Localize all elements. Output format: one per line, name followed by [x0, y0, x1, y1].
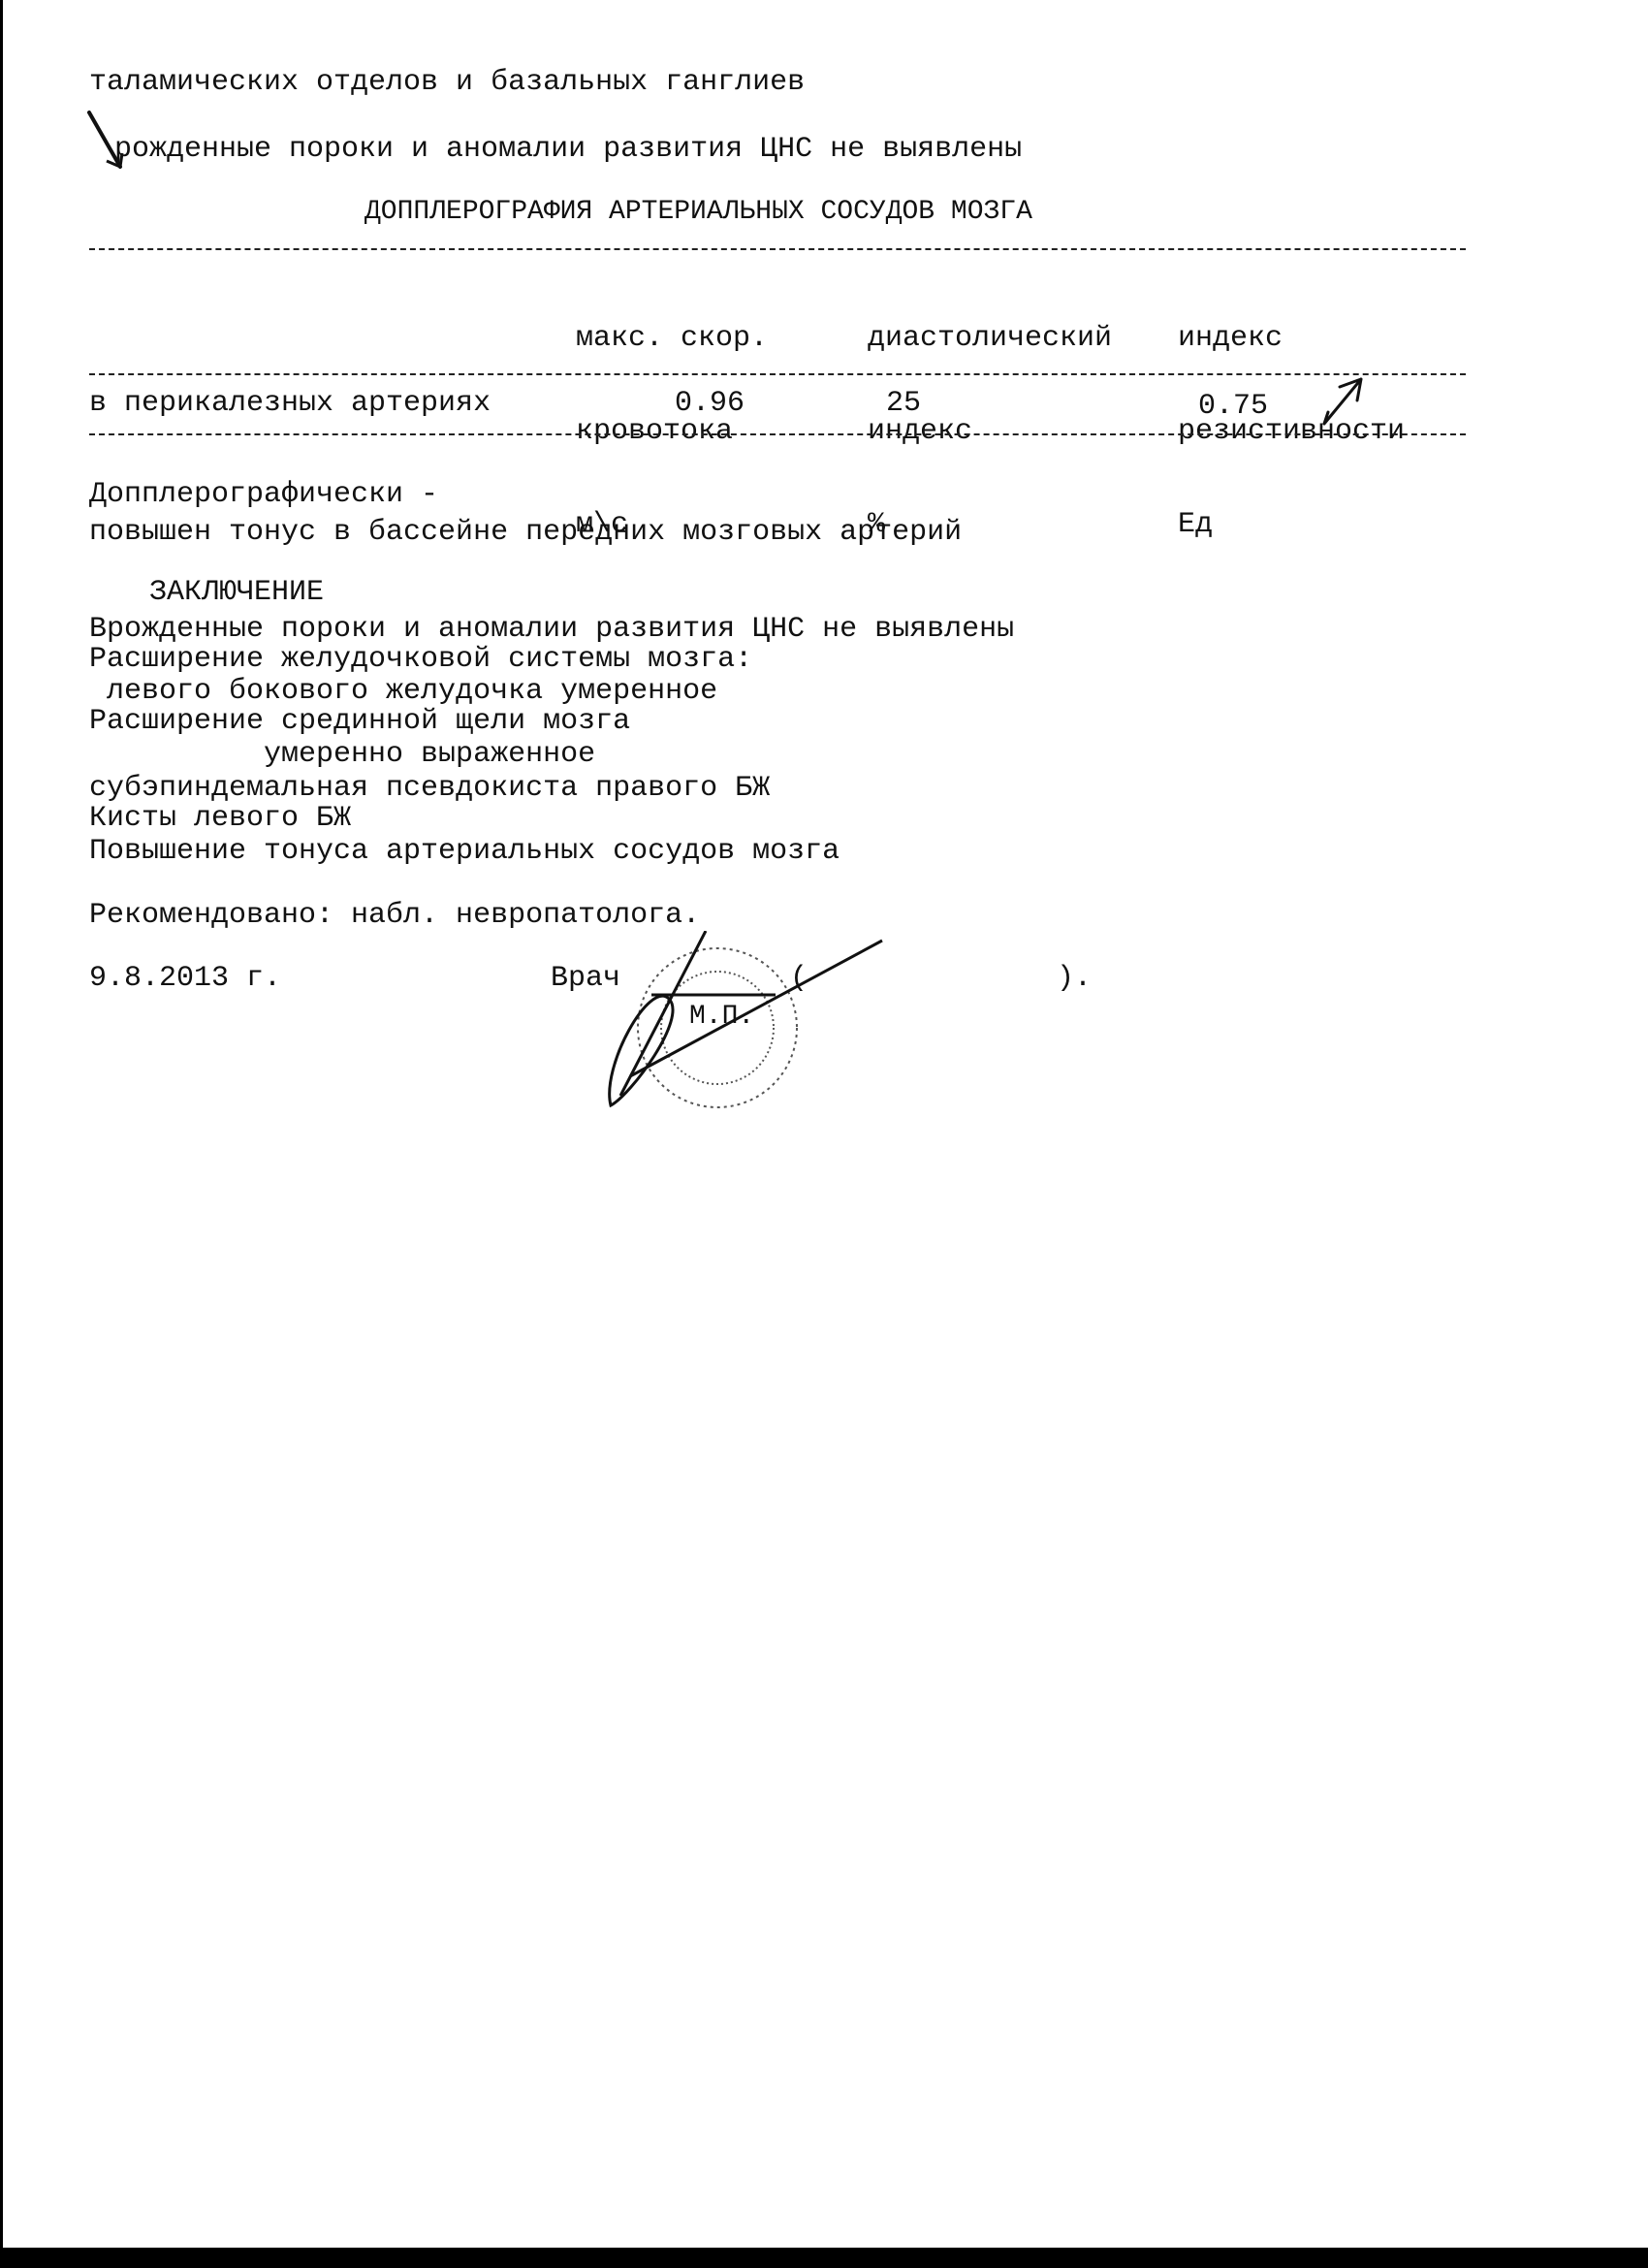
- cell-diastolic-index: 25: [886, 388, 921, 419]
- doctor-paren-open: (: [790, 963, 808, 994]
- header-max-velocity: макс. скор. кровотока м\с: [576, 261, 768, 602]
- header-resistivity-index: индекс резистивности Ед: [1178, 261, 1405, 602]
- conclusion-line: субэпиндемальная псевдокиста правого БЖ: [89, 773, 770, 804]
- conclusion-heading: ЗАКЛЮЧЕНИЕ: [149, 577, 324, 608]
- conclusion-line: Врожденные пороки и аномалии развития ЦН…: [89, 614, 1014, 645]
- cell-resistivity-index: 0.75: [1198, 391, 1268, 422]
- scan-edge: [0, 2248, 1648, 2268]
- conclusion-line: Расширение желудочковой системы мозга:: [89, 644, 752, 675]
- conclusion-line: Расширение срединной щели мозга: [89, 706, 630, 737]
- stamp-label: М.П.: [689, 1002, 754, 1033]
- report-date: 9.8.2013 г.: [89, 963, 281, 994]
- conclusion-line: левого бокового желудочка умеренное: [89, 676, 717, 707]
- doctor-paren-close: ).: [1057, 963, 1092, 994]
- table-rule-mid: [89, 373, 1466, 375]
- doppler-note-text: повышен тонус в бассейне передних мозгов…: [89, 517, 962, 548]
- stamp-and-signature-icon: [591, 931, 921, 1144]
- text-line-congenital-partial: рожденные пороки и аномалии развития ЦНС…: [114, 134, 1022, 165]
- table-rule-bottom: [89, 433, 1466, 435]
- scan-edge: [0, 0, 3, 2268]
- conclusion-line: умеренно выраженное: [89, 739, 595, 770]
- scanned-report-page: таламических отделов и базальных ганглие…: [0, 0, 1648, 2268]
- doctor-label: Врач: [551, 963, 620, 994]
- conclusion-line: Кисты левого БЖ: [89, 803, 351, 834]
- doppler-note-heading: Допплерографически -: [89, 479, 438, 510]
- conclusion-line: Повышение тонуса артериальных сосудов мо…: [89, 836, 840, 867]
- header-diastolic-index: диастолический индекс %: [868, 261, 1112, 602]
- cell-max-velocity: 0.96: [675, 388, 745, 419]
- table-rule-top: [89, 248, 1466, 250]
- row-label: в перикалезных артериях: [89, 388, 491, 419]
- text-line-thalamic: таламических отделов и базальных ганглие…: [89, 67, 805, 98]
- recommendation: Рекомендовано: набл. невропатолога.: [89, 900, 700, 931]
- doppler-section-title: ДОППЛЕРОГРАФИЯ АРТЕРИАЛЬНЫХ СОСУДОВ МОЗГ…: [364, 197, 1032, 228]
